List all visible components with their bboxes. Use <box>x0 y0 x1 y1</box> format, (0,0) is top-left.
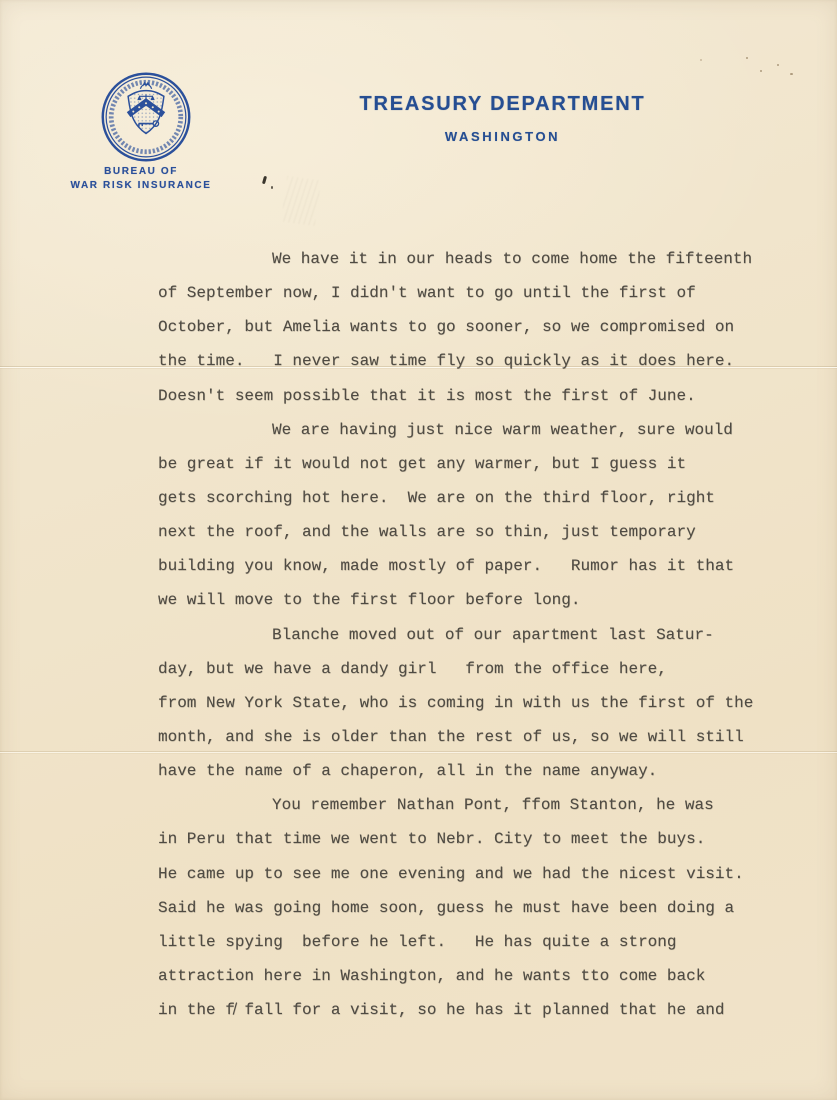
letter-page: BUREAU OF WAR RISK INSURANCE TREASURY DE… <box>0 0 837 1100</box>
letter-line: Said he was going home soon, guess he mu… <box>158 899 828 933</box>
letter-line: Blanche moved out of our apartment last … <box>158 626 828 660</box>
department-title: TREASURY DEPARTMENT <box>330 93 675 116</box>
letter-line: month, and she is older than the rest of… <box>158 728 828 762</box>
foxing-speck <box>790 73 793 75</box>
letter-line: little spying before he left. He has qui… <box>158 933 828 967</box>
letter-line: be great if it would not get any warmer,… <box>158 455 828 489</box>
letter-line: the time. I never saw time fly so quickl… <box>158 352 828 386</box>
letter-line: next the roof, and the walls are so thin… <box>158 523 828 557</box>
foxing-speck <box>700 59 702 61</box>
embossed-ghost-text <box>281 176 321 226</box>
letter-line: attraction here in Washington, and he wa… <box>158 967 828 1001</box>
letter-line: October, but Amelia wants to go sooner, … <box>158 318 828 352</box>
letter-line: in the f̸ fall for a visit, so he has it… <box>158 1001 828 1035</box>
letter-line: in Peru that time we went to Nebr. City … <box>158 830 828 864</box>
letter-line: gets scorching hot here. We are on the t… <box>158 489 828 523</box>
foxing-speck <box>777 64 779 66</box>
letter-line: We have it in our heads to come home the… <box>158 250 828 284</box>
letter-line: We are having just nice warm weather, su… <box>158 421 828 455</box>
bureau-name-line2: WAR RISK INSURANCE <box>38 179 244 193</box>
foxing-speck <box>760 70 762 72</box>
letter-line: You remember Nathan Pont, ffom Stanton, … <box>158 796 828 830</box>
stray-ink-dot <box>271 186 273 189</box>
letter-body: We have it in our heads to come home the… <box>158 250 828 1035</box>
letter-line: building you know, made mostly of paper.… <box>158 557 828 591</box>
bureau-name: BUREAU OF WAR RISK INSURANCE <box>38 165 244 192</box>
foxing-speck <box>746 57 748 59</box>
bureau-name-line1: BUREAU OF <box>38 165 244 179</box>
letterhead-heading: TREASURY DEPARTMENT WASHINGTON <box>330 93 675 144</box>
letter-line: of September now, I didn't want to go un… <box>158 284 828 318</box>
letter-line: we will move to the first floor before l… <box>158 591 828 625</box>
department-city: WASHINGTON <box>330 129 675 144</box>
letter-line: day, but we have a dandy girl from the o… <box>158 660 828 694</box>
letter-line: Doesn't seem possible that it is most th… <box>158 387 828 421</box>
letter-line: from New York State, who is coming in wi… <box>158 694 828 728</box>
letter-line: He came up to see me one evening and we … <box>158 865 828 899</box>
treasury-seal-logo <box>99 70 193 164</box>
letter-line: have the name of a chaperon, all in the … <box>158 762 828 796</box>
stray-ink-mark <box>262 176 267 185</box>
